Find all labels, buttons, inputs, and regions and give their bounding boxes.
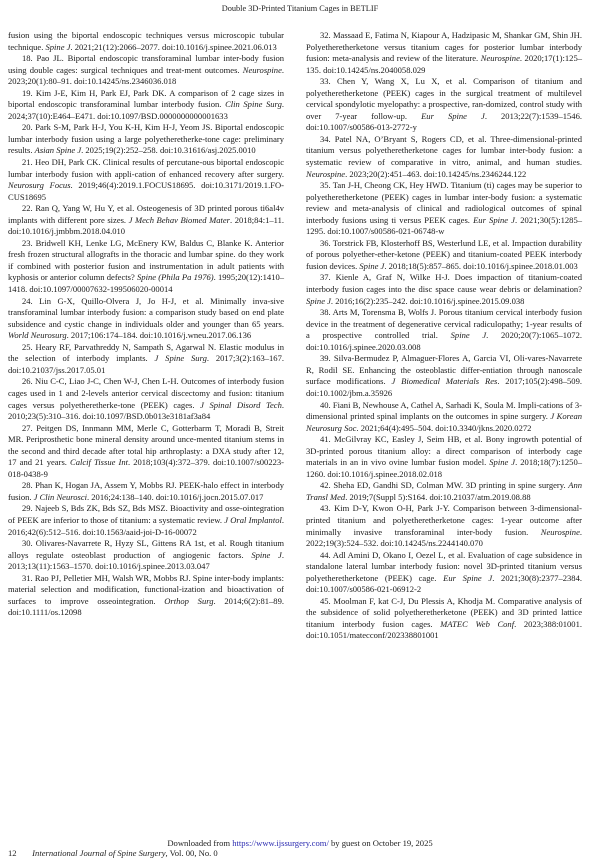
reference-item: 29. Najeeb S, Bds ZK, Bds SZ, Bds MSZ. B…	[8, 503, 284, 538]
reference-citation: . 2016;24:138–140. doi:10.1016/j.jocn.20…	[87, 492, 263, 502]
reference-journal: Spine J	[46, 42, 71, 52]
reference-item: 21. Heo DH, Park CK. Clinical results of…	[8, 157, 284, 203]
reference-journal: Spine J	[489, 457, 515, 467]
reference-journal: J Oral Implantol	[224, 515, 282, 525]
reference-journal: Asian Spine J	[35, 145, 82, 155]
reference-journal: J Mech Behav Biomed Mater	[129, 215, 230, 225]
reference-journal: MATEC Web Conf	[440, 619, 514, 629]
reference-item: 26. Niu C-C, Liao J-C, Chen W-J, Chen L-…	[8, 376, 284, 422]
reference-item: 39. Silva-Bermudez P, Almaguer-Flores A,…	[306, 353, 582, 399]
reference-item: 23. Bridwell KH, Lenke LG, McEnery KW, B…	[8, 238, 284, 296]
reference-item: 40. Fiani B, Newhouse A, Cathel A, Sarha…	[306, 400, 582, 435]
reference-text: 40. Fiani B, Newhouse A, Cathel A, Sarha…	[306, 400, 582, 422]
reference-citation: . 2023;20(2):451–463. doi:10.14245/ns.23…	[345, 169, 526, 179]
reference-item: 43. Kim D-Y, Kwon O-H, Park J-Y. Compari…	[306, 503, 582, 549]
reference-item: 35. Tan J-H, Cheong CK, Hey HWD. Titaniu…	[306, 180, 582, 238]
reference-text: 24. Lin G-X, Quillo-Olvera J, Jo H-J, et…	[8, 296, 284, 329]
reference-item: 30. Olivares-Navarrete R, Hyzy SL, Gitte…	[8, 538, 284, 573]
reference-item: 20. Park S-M, Park H-J, You K-H, Kim H-J…	[8, 122, 284, 157]
reference-item: 45. Moolman F, kat C-J, Du Plessis A, Kh…	[306, 596, 582, 642]
reference-citation: . 2025;19(2):252–258. doi:10.31616/asj.2…	[81, 145, 256, 155]
reference-journal: World Neurosurg	[8, 330, 67, 340]
reference-item: 25. Heary RF, Parvathreddy N, Sampath S,…	[8, 342, 284, 377]
reference-item: 37. Kienle A, Graf N, Wilke H-J. Does im…	[306, 272, 582, 307]
reference-item: 32. Massaad E, Fatima N, Kiapour A, Hadz…	[306, 30, 582, 76]
reference-journal: Neurospine	[243, 65, 282, 75]
reference-item: 27. Peitgen DS, Innmann MM, Merle C, Got…	[8, 423, 284, 481]
reference-item: 19. Kim J-E, Kim H, Park EJ, Park DK. A …	[8, 88, 284, 123]
volume-issue: , Vol. 00, No. 0	[166, 848, 218, 858]
reference-item: 34. Patel NA, O’Bryant S, Rogers CD, et …	[306, 134, 582, 180]
reference-item: 41. McGilvray KC, Easley J, Seim HB, et …	[306, 434, 582, 480]
reference-text: 30. Olivares-Navarrete R, Hyzy SL, Gitte…	[8, 538, 284, 560]
references-column-right: 32. Massaad E, Fatima N, Kiapour A, Hadz…	[306, 30, 582, 642]
reference-journal: Orthop Surg	[164, 596, 213, 606]
references-column-left: fusion using the biportal endoscopic tec…	[8, 30, 284, 619]
reference-citation: . 2017;106:174–184. doi:10.1016/j.wneu.2…	[67, 330, 251, 340]
reference-item: 24. Lin G-X, Quillo-Olvera J, Jo H-J, et…	[8, 296, 284, 342]
reference-journal: Clin Spine Surg	[225, 99, 282, 109]
reference-journal: Eur Spine J	[473, 215, 515, 225]
page-number: 12	[8, 848, 30, 858]
reference-journal: Spine J	[451, 330, 487, 340]
running-title: Double 3D-Printed Titanium Cages in BETL…	[0, 4, 600, 13]
reference-text: 37. Kienle A, Graf N, Wilke H-J. Does im…	[306, 272, 582, 294]
reference-item: 28. Phan K, Hogan JA, Assem Y, Mobbs RJ.…	[8, 480, 284, 503]
reference-item: 22. Ran Q, Yang W, Hu Y, et al. Osteogen…	[8, 203, 284, 238]
reference-citation: . 2021;21(12):2066–2077. doi:10.1016/j.s…	[70, 42, 276, 52]
reference-journal: Neurosurg Focus	[8, 180, 71, 190]
reference-text: 34. Patel NA, O’Bryant S, Rogers CD, et …	[306, 134, 582, 167]
reference-journal: Eur Spine J	[421, 111, 485, 121]
ijssurgery-link[interactable]: https://www.ijssurgery.com/	[232, 838, 329, 848]
reference-journal: Neurospine	[541, 527, 580, 537]
download-suffix: by guest on October 19, 2025	[329, 838, 433, 848]
reference-journal: Neurospine	[306, 169, 345, 179]
reference-item: 42. Sheha ED, Gandhi SD, Colman MW. 3D p…	[306, 480, 582, 503]
reference-item: 38. Arts M, Torensma B, Wolfs J. Porous …	[306, 307, 582, 353]
reference-journal: Spine J	[359, 261, 384, 271]
reference-item: 31. Rao PJ, Pelletier MH, Walsh WR, Mobb…	[8, 573, 284, 619]
reference-journal: Neurospine	[481, 53, 520, 63]
reference-journal: J Spinal Disord Tech	[200, 400, 282, 410]
download-notice: Downloaded from https://www.ijssurgery.c…	[0, 838, 600, 848]
reference-journal: Spine J	[251, 550, 282, 560]
reference-text: 21. Heo DH, Park CK. Clinical results of…	[8, 157, 284, 179]
reference-journal: Eur Spine J	[443, 573, 492, 583]
reference-citation: . 2016;16(2):235–242. doi:10.1016/j.spin…	[331, 296, 524, 306]
download-prefix: Downloaded from	[167, 838, 232, 848]
reference-item: 44. Adl Amini D, Okano I, Oezel L, et al…	[306, 550, 582, 596]
reference-item: 18. Pao JL. Biportal endoscopic transfor…	[8, 53, 284, 88]
reference-journal: J Spine Surg	[155, 353, 207, 363]
page-footer: 12 International Journal of Spine Surger…	[8, 848, 218, 858]
reference-item: fusion using the biportal endoscopic tec…	[8, 30, 284, 53]
reference-citation: . 2021;64(4):495–504. doi:10.3340/jkns.2…	[356, 423, 531, 433]
reference-journal: Spine J	[306, 296, 331, 306]
journal-name: International Journal of Spine Surgery	[32, 848, 165, 858]
reference-text: 42. Sheha ED, Gandhi SD, Colman MW. 3D p…	[320, 480, 568, 490]
reference-journal: Spine (Phila Pa 1976)	[137, 272, 214, 282]
reference-journal: J Biomedical Materials Res	[392, 376, 498, 386]
reference-citation: . 2018;18(5):857–865. doi:10.1016/j.spin…	[384, 261, 577, 271]
reference-item: 36. Torstrick FB, Klosterhoff BS, Wester…	[306, 238, 582, 273]
reference-item: 33. Chen Y, Wang X, Lu X, et al. Compari…	[306, 76, 582, 134]
reference-journal: J Clin Neurosci	[34, 492, 87, 502]
reference-journal: Calcif Tissue Int	[70, 457, 128, 467]
reference-citation: . 2019;7(Suppl 5):S164. doi:10.21037/atm…	[345, 492, 530, 502]
